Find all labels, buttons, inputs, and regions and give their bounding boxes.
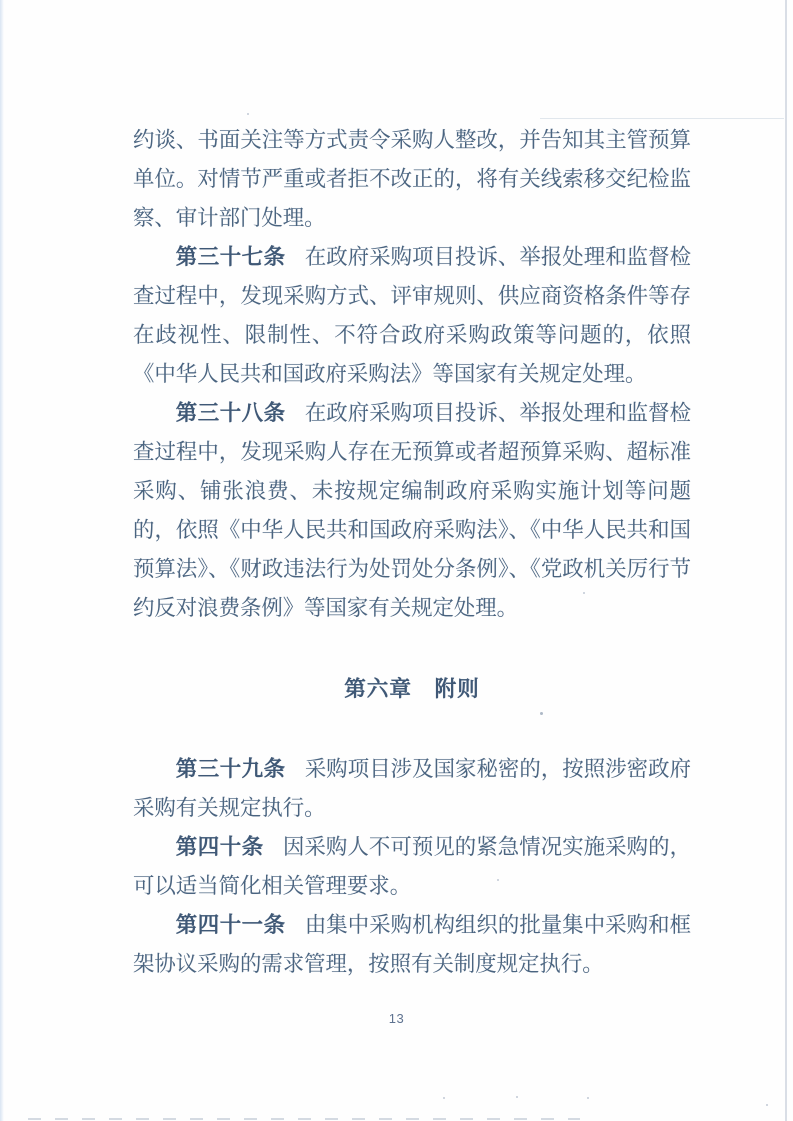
scan-speck	[587, 1097, 589, 1099]
page-number: 13	[0, 1011, 793, 1026]
scan-speck	[516, 1096, 518, 1098]
scan-right-edge-artifact	[785, 0, 787, 1121]
scan-speck	[443, 1097, 445, 1099]
scan-left-edge-artifact	[0, 0, 4, 1121]
scan-bottom-edge-artifact	[28, 1118, 580, 1120]
paragraph-article36-continuation: 约谈、书面关注等方式责令采购人整改，并告知其主管预算单位。对情节严重或者拒不改正…	[133, 121, 691, 238]
paragraph-article-39: 第三十九条采购项目涉及国家秘密的，按照涉密政府采购有关规定执行。	[133, 750, 691, 828]
article-38-number: 第三十八条	[176, 401, 286, 425]
paragraph-article-41: 第四十一条由集中采购机构组织的批量集中采购和框架协议采购的需求管理，按照有关制度…	[133, 906, 691, 984]
scan-speck	[247, 113, 249, 115]
paragraph-article-40: 第四十条因采购人不可预见的紧急情况实施采购的，可以适当简化相关管理要求。	[133, 828, 691, 906]
paragraph-article-37: 第三十七条在政府采购项目投诉、举报处理和监督检查过程中，发现采购方式、评审规则、…	[133, 238, 691, 394]
article-38-text: 在政府采购项目投诉、举报处理和监督检查过程中，发现采购人存在无预算或者超预算采购…	[133, 401, 691, 620]
document-body: 约谈、书面关注等方式责令采购人整改，并告知其主管预算单位。对情节严重或者拒不改正…	[133, 121, 691, 984]
article-40-number: 第四十条	[176, 835, 264, 859]
article-39-number: 第三十九条	[176, 757, 286, 781]
paragraph-article-38: 第三十八条在政府采购项目投诉、举报处理和监督检查过程中，发现采购人存在无预算或者…	[133, 394, 691, 628]
scanned-document-page: 约谈、书面关注等方式责令采购人整改，并告知其主管预算单位。对情节严重或者拒不改正…	[0, 0, 793, 1121]
article-37-number: 第三十七条	[176, 245, 286, 269]
article-41-number: 第四十一条	[176, 913, 286, 937]
scan-smudge-artifact	[540, 118, 784, 119]
scan-speck	[766, 1104, 768, 1106]
chapter-6-heading: 第六章 附则	[133, 669, 691, 708]
